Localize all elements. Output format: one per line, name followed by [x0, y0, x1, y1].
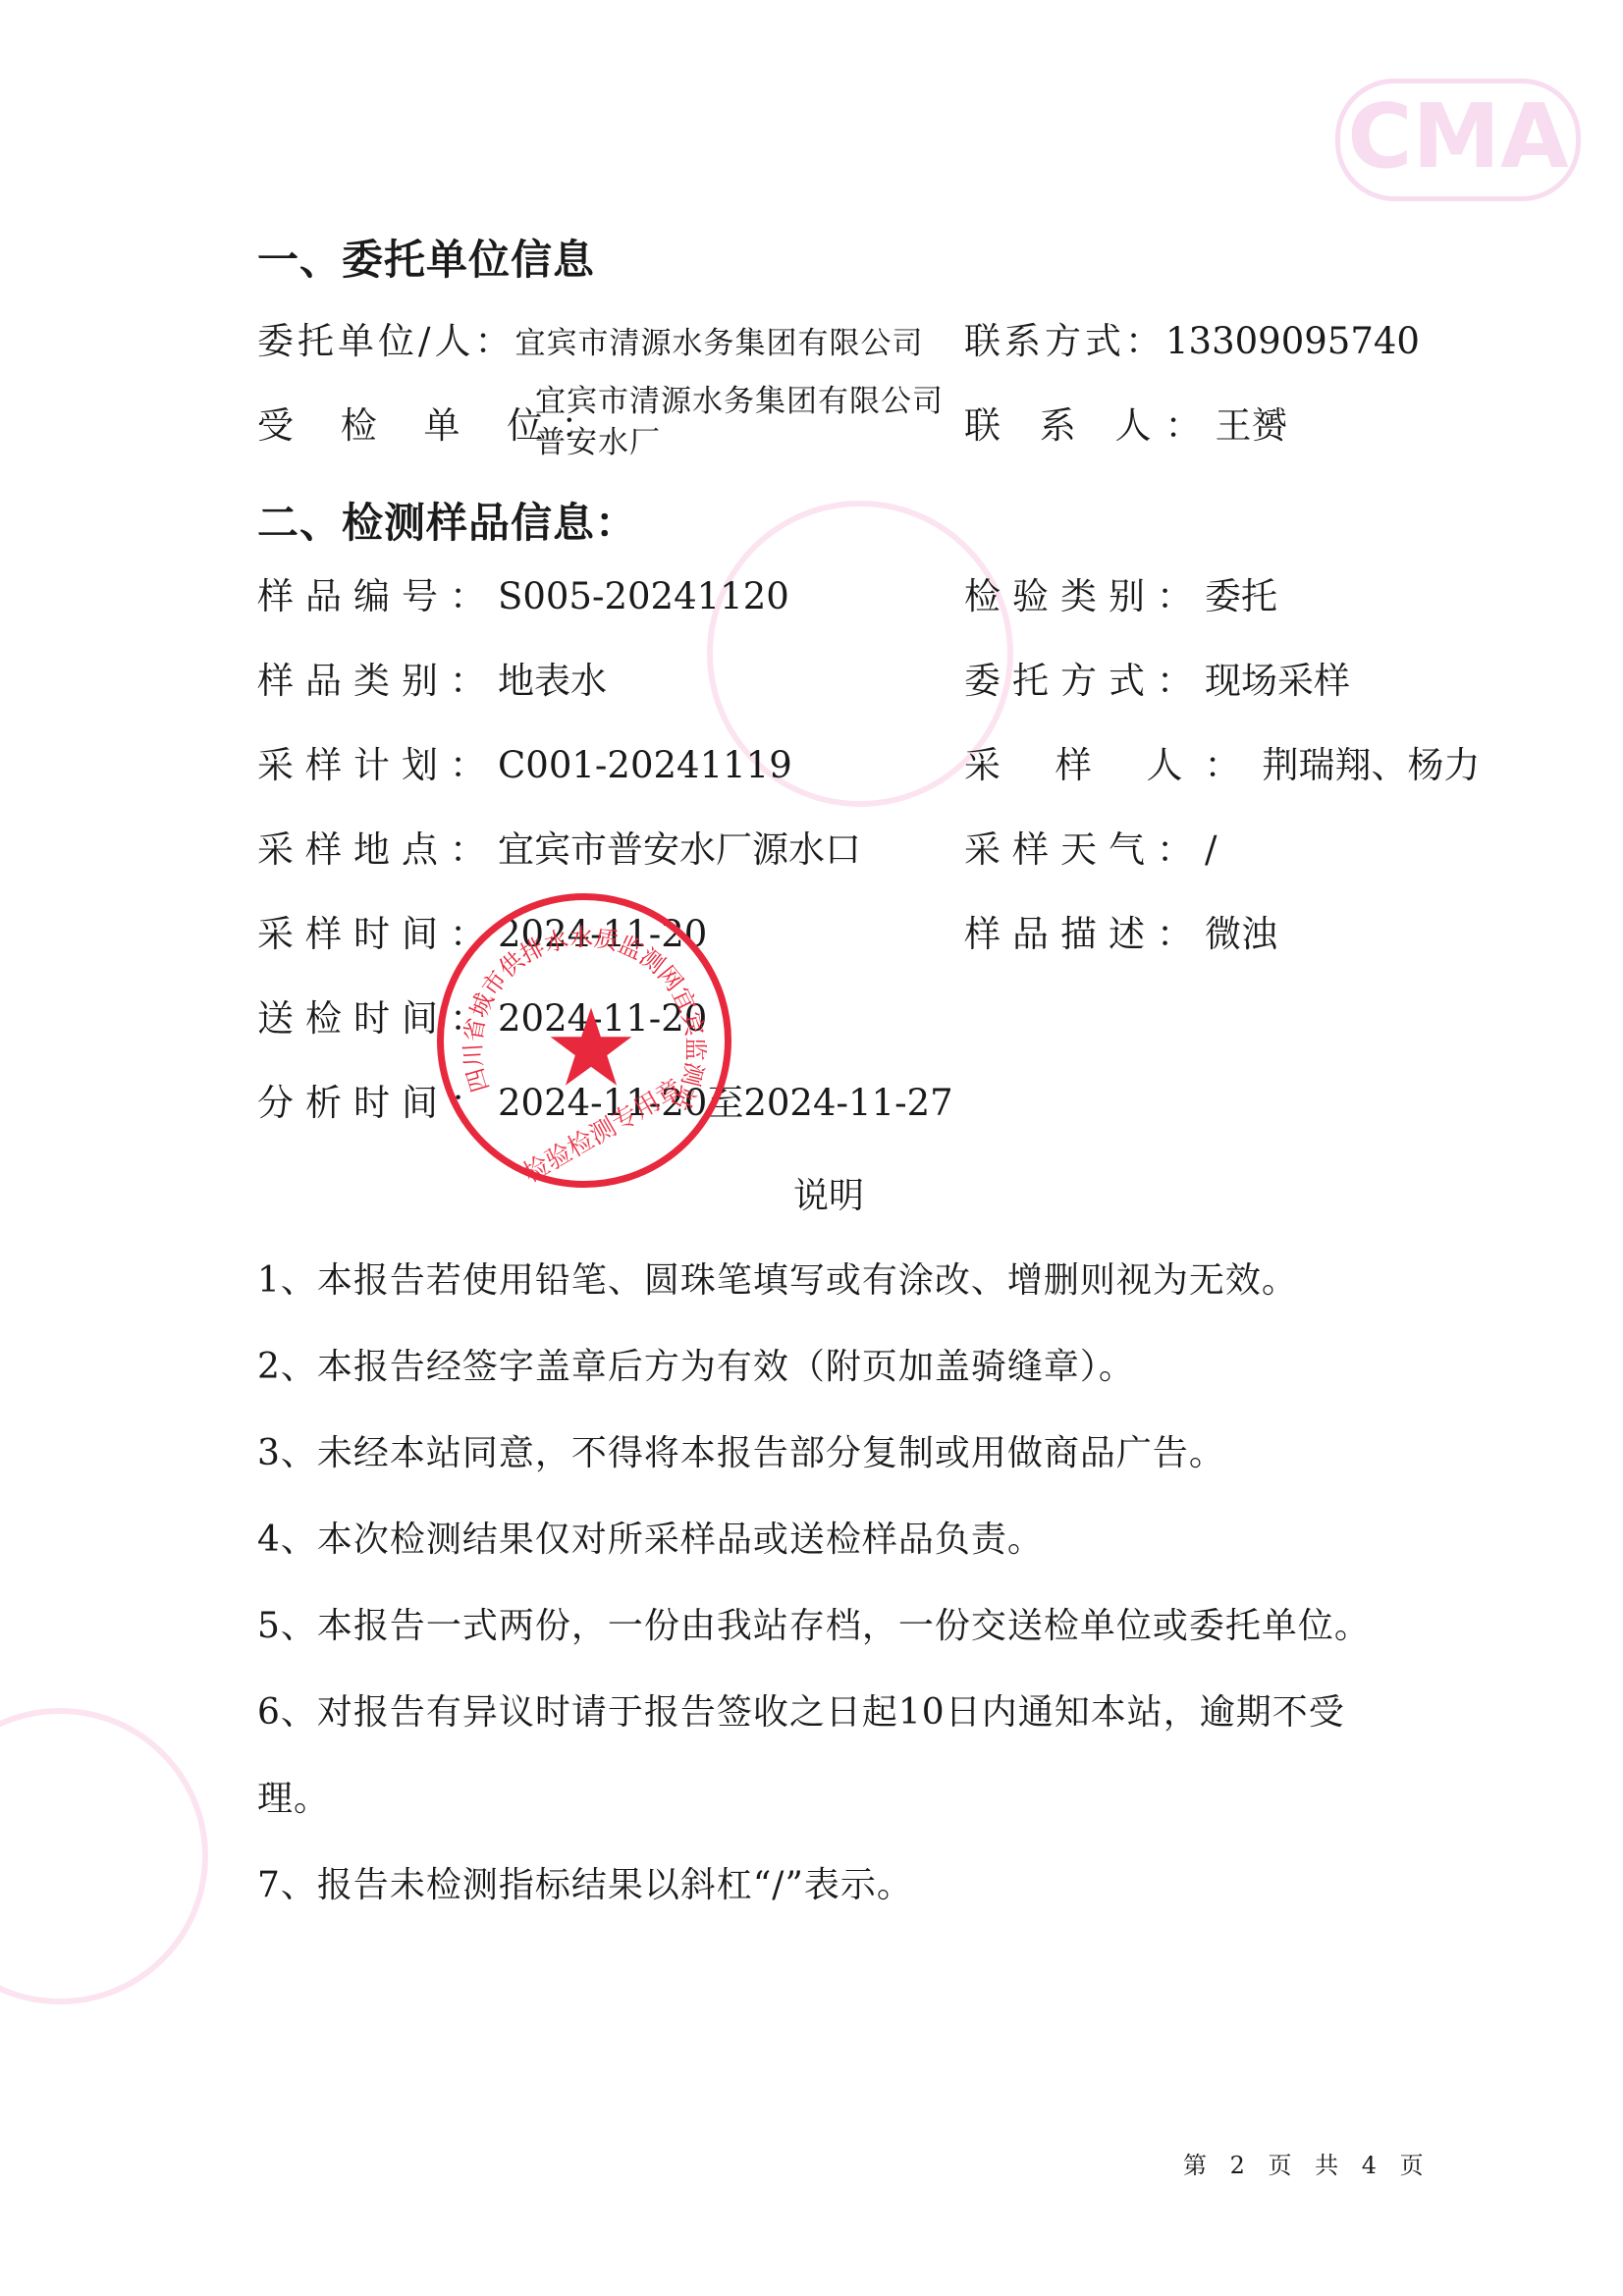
note-item-4: 4、本次检测结果仅对所采样品或送检样品负责。 [257, 1512, 1044, 1562]
field-sample-type: 样品类别：地表水 [257, 660, 607, 703]
note-item-2: 2、本报告经签字盖章后方为有效（附页加盖骑缝章）。 [257, 1339, 1135, 1389]
note-item-3: 3、未经本站同意，不得将本报告部分复制或用做商品广告。 [257, 1425, 1225, 1475]
client-label: 委托单位/人： [257, 320, 514, 362]
cma-watermark: CMA [1335, 79, 1581, 201]
contact-method-label: 联系方式： [964, 320, 1165, 362]
field-sampling-weather: 采样天气：/ [964, 828, 1217, 872]
faint-seal-watermark-left [0, 1708, 208, 2004]
field-analysis-time: 分析时间：2024-11-20至2024-11-27 [257, 1082, 953, 1125]
contact-person-row: 联 系 人：王赟 [964, 404, 1288, 448]
note-item-1: 1、本报告若使用铅笔、圆珠笔填写或有涂改、增删则视为无效。 [257, 1253, 1298, 1303]
note-item-6-continued: 理。 [257, 1771, 330, 1821]
field-sample-id: 样品编号：S005-20241120 [257, 575, 789, 618]
contact-method-value: 13309095740 [1165, 320, 1420, 362]
client-row: 委托单位/人：宜宾市清源水务集团有限公司 [257, 320, 923, 363]
inspected-value-line2: 普安水厂 [535, 424, 661, 461]
section-1-title: 一、委托单位信息 [257, 228, 595, 287]
field-sampler: 采 样 人：荆瑞翔、杨力 [964, 744, 1481, 787]
field-submission-time: 送检时间：2024-11-20 [257, 997, 707, 1041]
note-item-7: 7、报告未检测指标结果以斜杠“/”表示。 [257, 1857, 913, 1907]
field-sampling-site: 采样地点：宜宾市普安水厂源水口 [257, 828, 861, 872]
field-sample-description: 样品描述：微浊 [964, 913, 1277, 956]
section-2-title: 二、检测样品信息： [257, 491, 637, 550]
contact-method-row: 联系方式：13309095740 [964, 320, 1420, 363]
client-value: 宜宾市清源水务集团有限公司 [514, 326, 923, 361]
notes-title: 说明 [793, 1168, 864, 1218]
page-indicator: 第 2 页 共 4 页 [1183, 2146, 1432, 2180]
field-inspection-category: 检验类别：委托 [964, 575, 1277, 618]
inspected-value-line1: 宜宾市清源水务集团有限公司 [535, 383, 944, 420]
field-commission-method: 委托方式：现场采样 [964, 660, 1350, 703]
contact-person-label: 联 系 人： [964, 404, 1216, 447]
note-item-5: 5、本报告一式两份，一份由我站存档，一份交送检单位或委托单位。 [257, 1598, 1371, 1648]
contact-person-value: 王赟 [1216, 404, 1288, 447]
field-sampling-plan: 采样计划：C001-20241119 [257, 744, 792, 787]
note-item-6: 6、对报告有异议时请于报告签收之日起10日内通知本站，逾期不受 [257, 1684, 1345, 1735]
field-sampling-time: 采样时间：2024-11-20 [257, 913, 707, 956]
